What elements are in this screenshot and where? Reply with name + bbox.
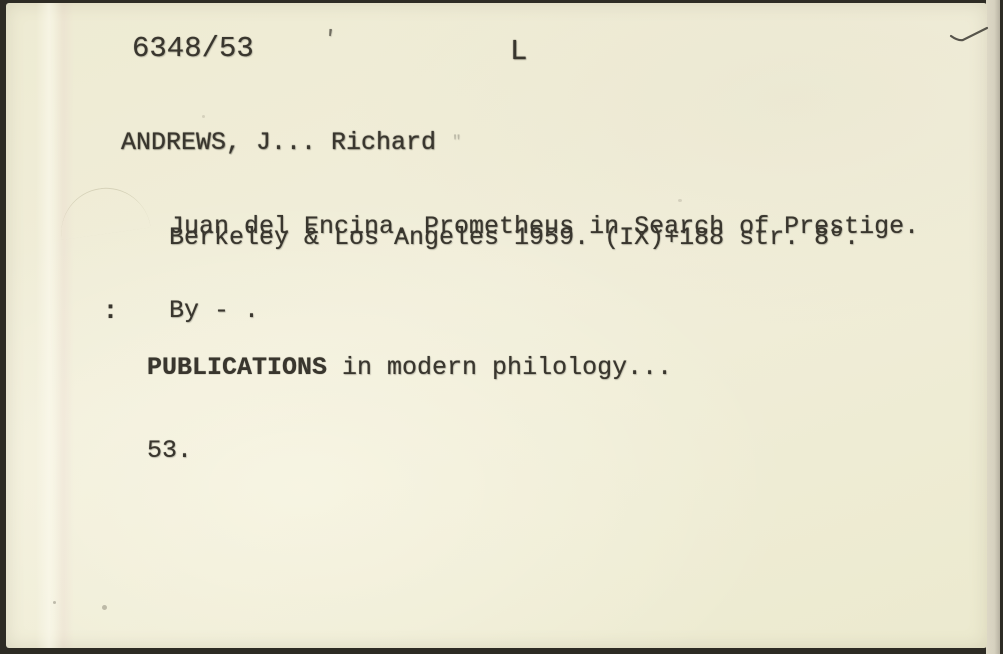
paper-band-pink bbox=[54, 3, 74, 648]
section-letter: L bbox=[510, 37, 527, 67]
scan-edge-strip bbox=[986, 0, 1000, 654]
faint-ditto-mark: " bbox=[452, 128, 462, 156]
series-number: 53. bbox=[147, 438, 672, 464]
author-line: ANDREWS, J... Richard bbox=[121, 129, 436, 157]
checkmark-icon bbox=[947, 23, 991, 47]
series-line: PUBLICATIONS in modern philology... bbox=[147, 354, 672, 382]
paper-speck bbox=[53, 601, 56, 604]
call-number: 6348/53 bbox=[132, 34, 254, 64]
series-rest: in modern philology... bbox=[327, 353, 672, 382]
paper-speck bbox=[102, 605, 107, 610]
series-block: PUBLICATIONS in modern philology... 53. bbox=[147, 298, 672, 520]
scanned-catalog-card-image: 6348/53 ' L ANDREWS, J... Richard " Juan… bbox=[0, 0, 1003, 654]
series-name: PUBLICATIONS bbox=[147, 353, 327, 382]
paper-speck bbox=[202, 115, 205, 118]
series-colon: : bbox=[103, 298, 118, 326]
imprint-line: Berkeley & Los Angeles 1959. (IX)+188 st… bbox=[169, 224, 859, 252]
